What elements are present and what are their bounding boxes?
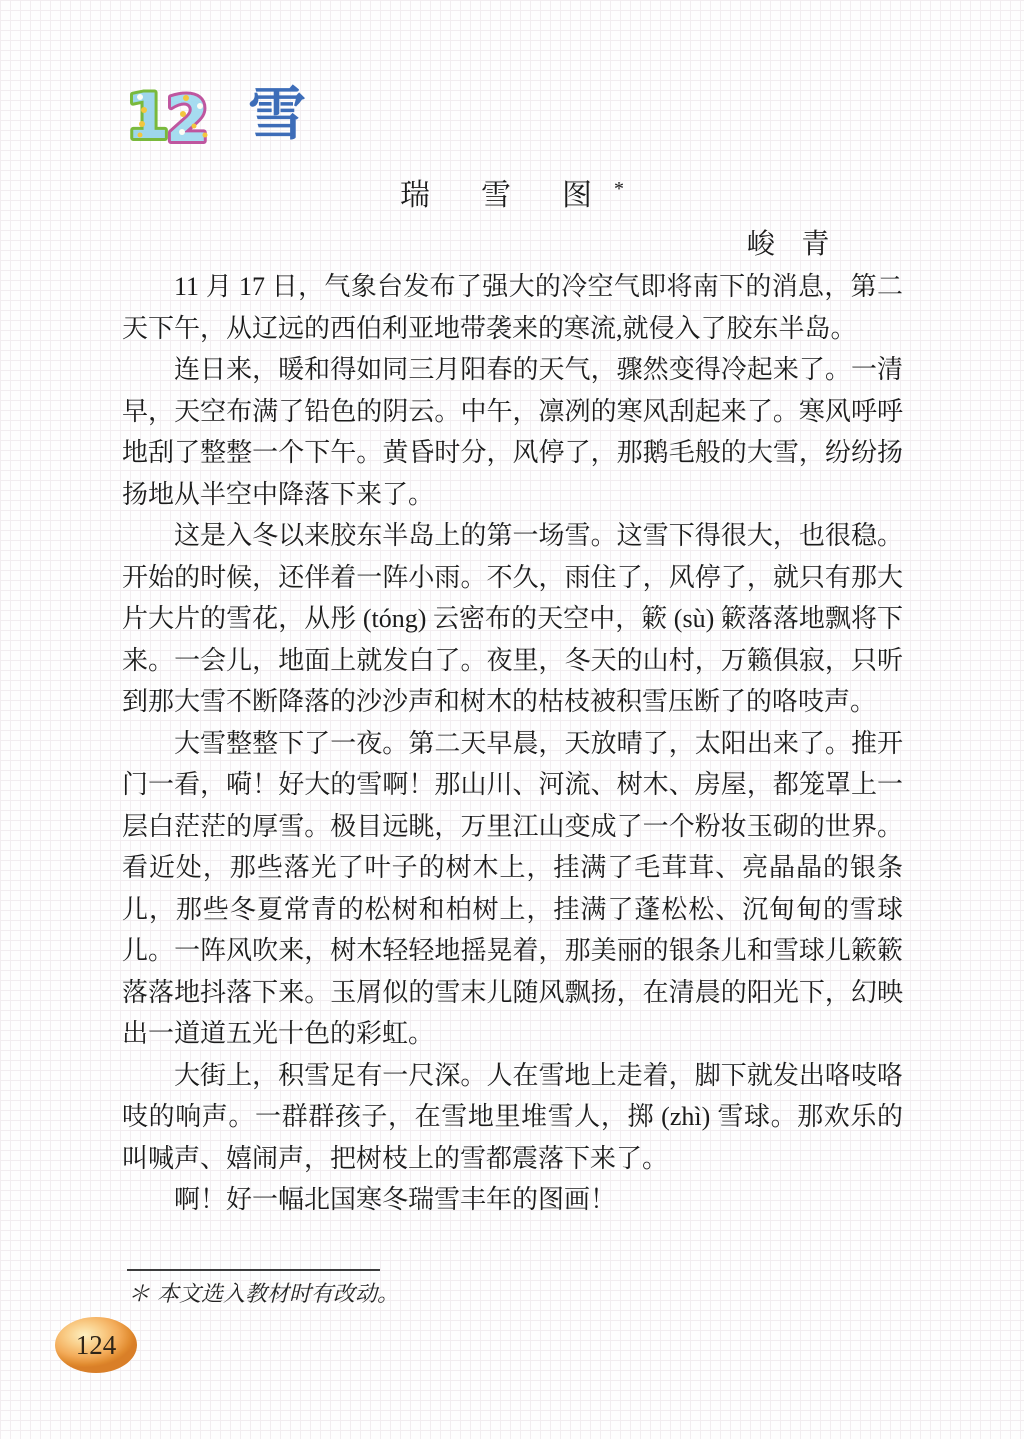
lesson-header: 1 2 雪 xyxy=(120,80,306,152)
lesson-title-character: 雪 xyxy=(248,84,306,146)
article-paragraph: 这是入冬以来胶东半岛上的第一场雪。这雪下得很大，也很稳。开始的时候，还伴着一阵小… xyxy=(122,515,903,723)
article-paragraph: 啊！好一幅北国寒冬瑞雪丰年的图画！ xyxy=(122,1179,903,1221)
article-paragraph: 11 月 17 日，气象台发布了强大的冷空气即将南下的消息，第二天下午，从辽远的… xyxy=(122,266,903,349)
article-paragraph: 大街上，积雪足有一尺深。人在雪地上走着，脚下就发出咯吱咯吱的响声。一群群孩子，在… xyxy=(122,1055,903,1180)
lesson-digit-1: 1 xyxy=(126,80,169,152)
lesson-digit-2: 2 xyxy=(166,83,209,152)
footnote-text: ＊ 本文选入教材时有改动。 xyxy=(128,1277,399,1308)
page-number-badge: 124 xyxy=(55,1317,137,1373)
title-footnote-marker: * xyxy=(614,178,624,200)
article-title-text: 瑞雪图 xyxy=(400,179,643,212)
lesson-number-art: 1 2 xyxy=(120,80,232,152)
footnote-divider xyxy=(127,1269,380,1271)
article-title: 瑞雪图* xyxy=(0,170,1024,214)
article-body: 11 月 17 日，气象台发布了强大的冷空气即将南下的消息，第二天下午，从辽远的… xyxy=(122,266,903,1221)
article-paragraph: 大雪整整下了一夜。第二天早晨，天放晴了，太阳出来了。推开门一看，嗬！好大的雪啊！… xyxy=(122,723,903,1055)
textbook-page: 1 2 雪 瑞雪图* 峻青 11 月 17 日，气象台发布了强大的冷空气即将南下… xyxy=(0,0,1024,1439)
article-paragraph: 连日来，暖和得如同三月阳春的天气，骤然变得冷起来了。一清早，天空布满了铅色的阴云… xyxy=(122,349,903,515)
article-author: 峻青 xyxy=(747,222,856,262)
page-number: 124 xyxy=(76,1330,117,1361)
